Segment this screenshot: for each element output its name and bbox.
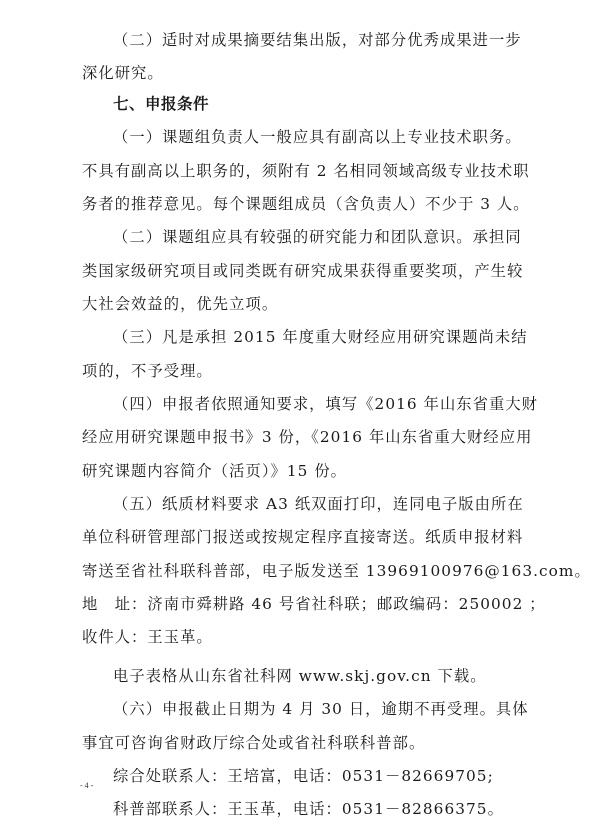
paragraph-line: 经应用研究课题申报书》3 份，《2016 年山东省重大财经应用 [82, 427, 532, 447]
paragraph-line: 项的，不予受理。 [82, 361, 213, 381]
paragraph-line: （六）申报截止日期为 4 月 30 日，逾期不再受理。具体 [113, 699, 529, 719]
page-number: - 4 - [80, 781, 93, 791]
paragraph-line: （二）适时对成果摘要结集出版，对部分优秀成果进一步 [113, 30, 522, 50]
paragraph-line: 事宜可咨询省财政厅综合处或省社科联科普部。 [82, 733, 425, 753]
paragraph-line: 研究课题内容简介（活页）》15 份。 [82, 461, 347, 481]
paragraph-line: 深化研究。 [82, 63, 164, 83]
paragraph-line: （一）课题组负责人一般应具有副高以上专业技术职务。 [113, 127, 522, 147]
paragraph-line: 单位科研管理部门报送或按规定程序直接寄送。纸质申报材料 [82, 527, 523, 547]
paragraph-line: 大社会效益的，优先立项。 [82, 294, 278, 314]
paragraph-line: （四）申报者依照通知要求，填写《2016 年山东省重大财 [113, 394, 538, 414]
paragraph-line: 不具有副高以上职务的，须附有 2 名相同领域高级专业技术职 [82, 161, 530, 181]
paragraph-line: （五）纸质材料要求 A3 纸双面打印，连同电子版由所在 [113, 494, 524, 514]
paragraph-line: （三）凡是承担 2015 年度重大财经应用研究课题尚未结 [113, 327, 528, 347]
paragraph-line: 科普部联系人：王玉革，电话：0531－82866375。 [113, 799, 504, 819]
paragraph-line: 综合处联系人：王培富，电话：0531－82669705; [113, 766, 494, 786]
paragraph-line: 收件人：王玉革。 [82, 627, 213, 647]
paragraph-line: （二）课题组应具有较强的研究能力和团队意识。承担同 [113, 227, 522, 247]
paragraph-line: 电子表格从山东省社科网 www.skj.gov.cn 下载。 [113, 666, 487, 686]
document-page: （二）适时对成果摘要结集出版，对部分优秀成果进一步深化研究。七、申报条件（一）课… [0, 0, 591, 825]
paragraph-line: 地 址：济南市舜耕路 46 号省社科联；邮政编码：250002 ； [82, 594, 546, 614]
paragraph-line: 寄送至省社科联科普部，电子版发送至 13969100976@163.com。 [82, 561, 591, 581]
section-heading: 七、申报条件 [113, 94, 209, 114]
paragraph-line: 务者的推荐意见。每个课题组成员（含负责人）不少于 3 人。 [82, 194, 530, 214]
paragraph-line: 类国家级研究项目或同类既有研究成果获得重要奖项，产生较 [82, 261, 523, 281]
